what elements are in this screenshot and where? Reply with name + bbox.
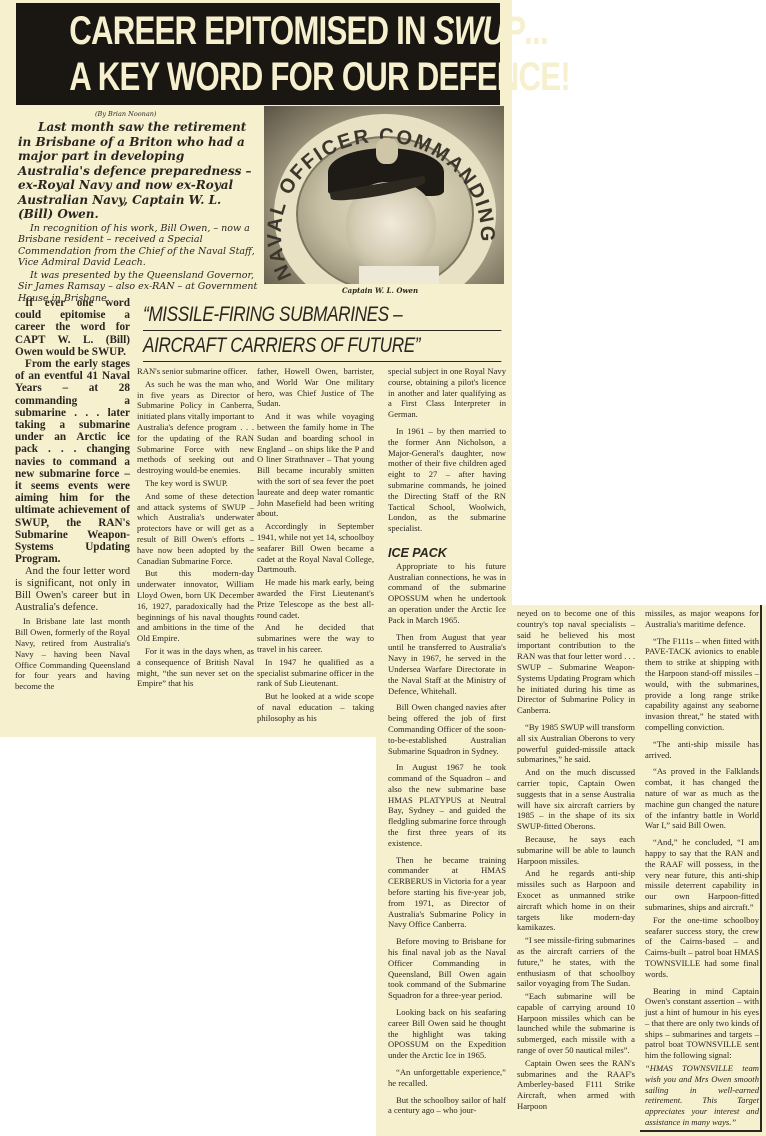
column-3: father, Howell Owen, barrister, and Worl…	[257, 366, 374, 726]
townsville-signal-quote: “HMAS TOWNSVILLE team wish you and Mrs O…	[645, 1063, 759, 1128]
paragraph: missiles, as major weapons for Australia…	[645, 608, 759, 630]
paragraph: Looking back on his seafaring career Bil…	[388, 1007, 506, 1061]
paragraph: And some of these detection and attack s…	[137, 491, 254, 567]
subheadline-line-2: AIRCRAFT CARRIERS OF FUTURE”	[143, 331, 501, 362]
paragraph: Because, he says each submarine will be …	[517, 834, 635, 866]
column-2: RAN's senior submarine officer. As such …	[137, 366, 254, 691]
uniform-collar	[359, 266, 439, 284]
column-4: special subject in one Royal Navy course…	[388, 366, 506, 1118]
paragraph: special subject in one Royal Navy course…	[388, 366, 506, 420]
paragraph: Then he became training commander at HMA…	[388, 855, 506, 931]
cap-badge-icon	[376, 138, 398, 164]
intro-lead: Last month saw the retirement in Brisban…	[18, 120, 258, 222]
paragraph: “I see missile-firing submarines as the …	[517, 935, 635, 989]
byline: (By Brian Noonan)	[95, 110, 156, 118]
paragraph: As such he was the man who, in five year…	[137, 379, 254, 476]
paragraph: Captain Owen sees the RAN's submarines a…	[517, 1058, 635, 1112]
paragraph: For the one-time schoolboy seafarer succ…	[645, 915, 759, 980]
paragraph: And he decided that submarines were the …	[257, 622, 374, 654]
paragraph: Bearing in mind Captain Owen's constant …	[645, 986, 759, 1062]
paragraph: For it was in the days when, as a conseq…	[137, 646, 254, 689]
paragraph: And it was while voyaging between the fa…	[257, 411, 374, 519]
paragraph: Bill Owen changed navies after being off…	[388, 702, 506, 756]
portrait-photo: NAVAL OFFICER COMMANDING	[264, 106, 504, 284]
column-7: missiles, as major weapons for Australia…	[645, 608, 759, 1130]
column-6: neyed on to become one of this country's…	[517, 608, 635, 1114]
paragraph: In 1961 – by then married to the former …	[388, 426, 506, 534]
paragraph: father, Howell Owen, barrister, and Worl…	[257, 366, 374, 409]
paragraph: “The anti-ship missile has arrived.	[645, 739, 759, 761]
paragraph: Then from August that year until he tran…	[388, 632, 506, 697]
paragraph: Before moving to Brisbane for his final …	[388, 936, 506, 1001]
paragraph: But this modern-day underwater innovator…	[137, 568, 254, 644]
headline-swup: SWUP	[434, 9, 524, 53]
subheadline: “MISSILE-FIRING SUBMARINES – AIRCRAFT CA…	[143, 300, 501, 362]
column-1-medium-para: And the four letter word is significant,…	[15, 566, 130, 614]
subheadline-line-1: “MISSILE-FIRING SUBMARINES –	[143, 300, 501, 331]
intro-paragraph: In recognition of his work, Bill Owen, –…	[18, 223, 258, 269]
column-border-rule	[760, 605, 762, 1132]
paragraph: In August 1967 he took command of the Sq…	[388, 762, 506, 848]
paragraph: “Each submarine will be capable of carry…	[517, 991, 635, 1056]
headline-line-1: CAREER EPITOMISED IN SWUP...	[69, 8, 447, 54]
paragraph: neyed on to become one of this country's…	[517, 608, 635, 716]
paragraph: “An unforgettable experience,” he recall…	[388, 1067, 506, 1089]
bottom-border-rule	[640, 1130, 762, 1132]
paragraph: RAN's senior submarine officer.	[137, 366, 254, 377]
section-heading-ice-pack: ICE PACK	[388, 548, 506, 559]
column-1-bold-para: From the early stages of an eventful 41 …	[15, 358, 130, 565]
paragraph: “As proved in the Falklands combat, it h…	[645, 766, 759, 831]
photo-caption: Captain W. L. Owen	[342, 286, 418, 295]
paragraph: In 1947 he qualified as a specialist sub…	[257, 657, 374, 689]
paragraph: “The F111s – when fitted with PAVE-TACK …	[645, 636, 759, 733]
column-1: If ever one word could epitomise a caree…	[15, 297, 130, 692]
paragraph: Appropriate to his future Australian con…	[388, 561, 506, 626]
paragraph: “And,” he concluded, “I am happy to say …	[645, 837, 759, 913]
paragraph: But he looked at a wide scope of naval e…	[257, 691, 374, 723]
paragraph: And he regards anti-ship missiles such a…	[517, 868, 635, 933]
intro-block: Last month saw the retirement in Brisban…	[18, 120, 258, 304]
paragraph: The key word is SWUP.	[137, 478, 254, 489]
paragraph: Accordingly in September 1941, while not…	[257, 521, 374, 575]
paragraph: And on the much discussed carrier topic,…	[517, 767, 635, 832]
headline-line-2: A KEY WORD FOR OUR DEFENCE!	[69, 54, 447, 100]
paragraph: He made his mark early, being awarded th…	[257, 577, 374, 620]
paragraph: “By 1985 SWUP will transform all six Aus…	[517, 722, 635, 765]
column-1-bold-para: If ever one word could epitomise a caree…	[15, 297, 130, 358]
paragraph: But the schoolboy sailor of half a centu…	[388, 1095, 506, 1117]
column-1-body-para: In Brisbane late last month Bill Owen, f…	[15, 616, 130, 692]
headline-banner: CAREER EPITOMISED IN SWUP... A KEY WORD …	[16, 3, 500, 105]
